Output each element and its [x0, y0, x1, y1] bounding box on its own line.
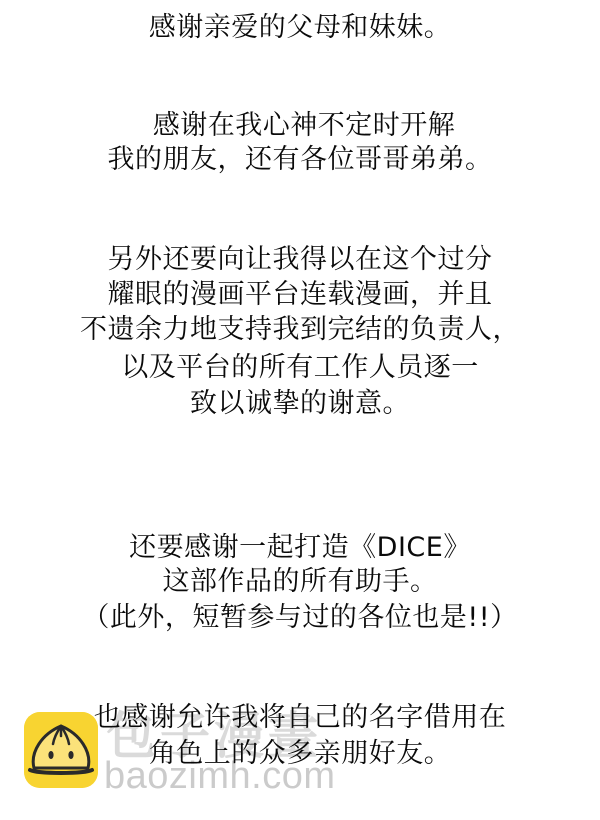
thanks-platform-line-3: 不遗余力地支持我到完结的负责人，	[0, 313, 600, 347]
thanks-platform-line-4: 以及平台的所有工作人员逐一	[0, 351, 600, 385]
afterword-page: 感谢亲爱的父母和妹妹。 感谢在我心神不定时开解 我的朋友，还有各位哥哥弟弟。 另…	[0, 0, 600, 820]
thanks-friends-line-1: 感谢在我心神不定时开解	[0, 109, 600, 143]
thanks-assistants-line-2: 这部作品的所有助手。	[0, 565, 600, 599]
thanks-platform-line-5: 致以诚挚的谢意。	[0, 387, 600, 421]
thanks-names-line-2: 角色上的众多亲朋好友。	[0, 737, 600, 771]
thanks-assistants-line-3: （此外，短暂参与过的各位也是!!）	[0, 601, 600, 635]
thanks-names-line-1: 也感谢允许我将自己的名字借用在	[0, 701, 600, 735]
thanks-assistants-line-1: 还要感谢一起打造《DICE》	[0, 531, 600, 565]
thanks-platform-line-1: 另外还要向让我得以在这个过分	[0, 243, 600, 277]
thanks-friends-line-2: 我的朋友，还有各位哥哥弟弟。	[0, 143, 600, 177]
thanks-parents-line: 感谢亲爱的父母和妹妹。	[0, 11, 600, 45]
thanks-platform-line-2: 耀眼的漫画平台连载漫画，并且	[0, 278, 600, 312]
